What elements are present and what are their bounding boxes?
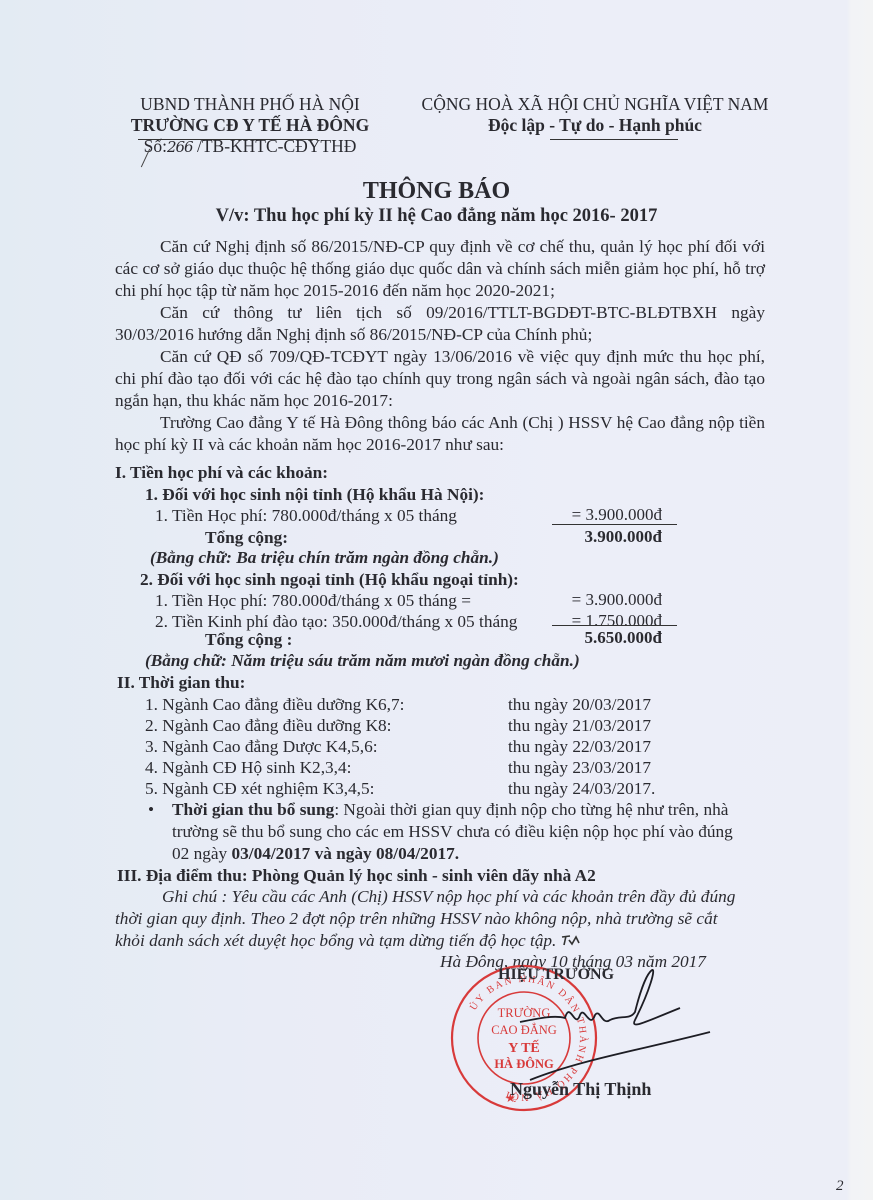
preamble-paragraph: Căn cứ Nghị định số 86/2015/NĐ-CP quy đị… [115, 236, 765, 302]
document-subtitle: V/v: Thu học phí kỳ II hệ Cao đẳng năm h… [0, 205, 873, 227]
signer-name: Nguyễn Thị Thịnh [510, 1079, 651, 1100]
group1-total-label: Tổng cộng: [205, 528, 288, 548]
supplement-line2: trường sẽ thu bổ sung cho các em HSSV ch… [172, 822, 733, 842]
issuer-authority: UBND THÀNH PHỐ HÀ NỘI [100, 94, 400, 115]
group2-in-words: (Bằng chữ: Năm triệu sáu trăm năm mươi n… [145, 651, 580, 671]
preamble-paragraph: Căn cứ QĐ số 709/QĐ-TCĐYT ngày 13/06/201… [115, 346, 765, 412]
schedule-date: thu ngày 22/03/2017 [508, 737, 651, 757]
national-motto: Độc lập - Tự do - Hạnh phúc [380, 115, 810, 136]
group1-total: 3.900.000đ [522, 527, 662, 547]
section1-heading: I. Tiền học phí và các khoản: [115, 463, 328, 483]
group2-item: 2. Tiền Kinh phí đào tạo: 350.000đ/tháng… [155, 612, 517, 632]
schedule-program: 1. Ngành Cao đẳng điều dưỡng K6,7: [145, 695, 404, 715]
group1-item-amount: = 3.900.000đ [522, 505, 662, 525]
preamble-paragraph: Căn cứ thông tư liên tịch số 09/2016/TTL… [115, 302, 765, 346]
group2-total-label: Tổng cộng : [205, 630, 292, 650]
issuer-school: TRƯỜNG CĐ Y TẾ HÀ ĐÔNG [100, 115, 400, 136]
group1-item: 1. Tiền Học phí: 780.000đ/tháng x 05 thá… [155, 506, 457, 526]
handwritten-number: 266 [167, 138, 193, 156]
schedule-program: 5. Ngành CĐ xét nghiệm K3,4,5: [145, 779, 374, 799]
note-line3: khỏi danh sách xét duyệt học bổng và tạm… [115, 931, 556, 951]
national-header: CỘNG HOÀ XÃ HỘI CHỦ NGHĨA VIỆT NAM Độc l… [380, 94, 810, 136]
group2-item: 1. Tiền Học phí: 780.000đ/tháng x 05 thá… [155, 591, 471, 611]
group1-heading: 1. Đối với học sinh nội tỉnh (Hộ khẩu Hà… [145, 485, 484, 505]
schedule-date: thu ngày 20/03/2017 [508, 695, 651, 715]
bullet-icon: • [148, 800, 154, 820]
page-mark: 2 [836, 1178, 844, 1195]
schedule-date: thu ngày 21/03/2017 [508, 716, 651, 736]
schedule-program: 3. Ngành Cao đẳng Dược K4,5,6: [145, 737, 378, 757]
group2-item-amount: = 3.900.000đ [522, 590, 662, 610]
issuer-underline [138, 139, 318, 140]
initials-mark-icon [560, 932, 582, 948]
issuer-block: UBND THÀNH PHỐ HÀ NỘI TRƯỜNG CĐ Y TẾ HÀ … [100, 94, 400, 158]
sum-line [552, 625, 677, 626]
preamble: Căn cứ Nghị định số 86/2015/NĐ-CP quy đị… [115, 236, 765, 456]
schedule-date: thu ngày 24/03/2017. [508, 779, 655, 799]
document-title: THÔNG BÁO [0, 178, 873, 204]
sum-line [552, 524, 677, 525]
schedule-date: thu ngày 23/03/2017 [508, 758, 651, 778]
note-line1: Ghi chú : Yêu cầu các Anh (Chị) HSSV nộp… [162, 887, 735, 907]
preamble-paragraph: Trường Cao đẳng Y tế Hà Đông thông báo c… [115, 412, 765, 456]
section2-heading: II. Thời gian thu: [117, 673, 245, 693]
group2-heading: 2. Đối với học sinh ngoại tỉnh (Hộ khẩu … [140, 570, 519, 590]
section3-heading: III. Địa điểm thu: Phòng Quản lý học sin… [117, 866, 596, 886]
schedule-program: 2. Ngành Cao đẳng điều dưỡng K8: [145, 716, 392, 736]
supplement-line1: Thời gian thu bổ sung: Ngoài thời gian q… [172, 800, 728, 820]
motto-underline [550, 139, 678, 140]
group2-total: 5.650.000đ [522, 628, 662, 648]
schedule-program: 4. Ngành CĐ Hộ sinh K2,3,4: [145, 758, 351, 778]
group1-in-words: (Bằng chữ: Ba triệu chín trăm ngàn đồng … [150, 548, 499, 568]
note-line2: thời gian quy định. Theo 2 đợt nộp trên … [115, 909, 718, 929]
nation-name: CỘNG HOÀ XÃ HỘI CHỦ NGHĨA VIỆT NAM [380, 94, 810, 115]
supplement-line3: 02 ngày 03/04/2017 và ngày 08/04/2017. [172, 844, 459, 864]
